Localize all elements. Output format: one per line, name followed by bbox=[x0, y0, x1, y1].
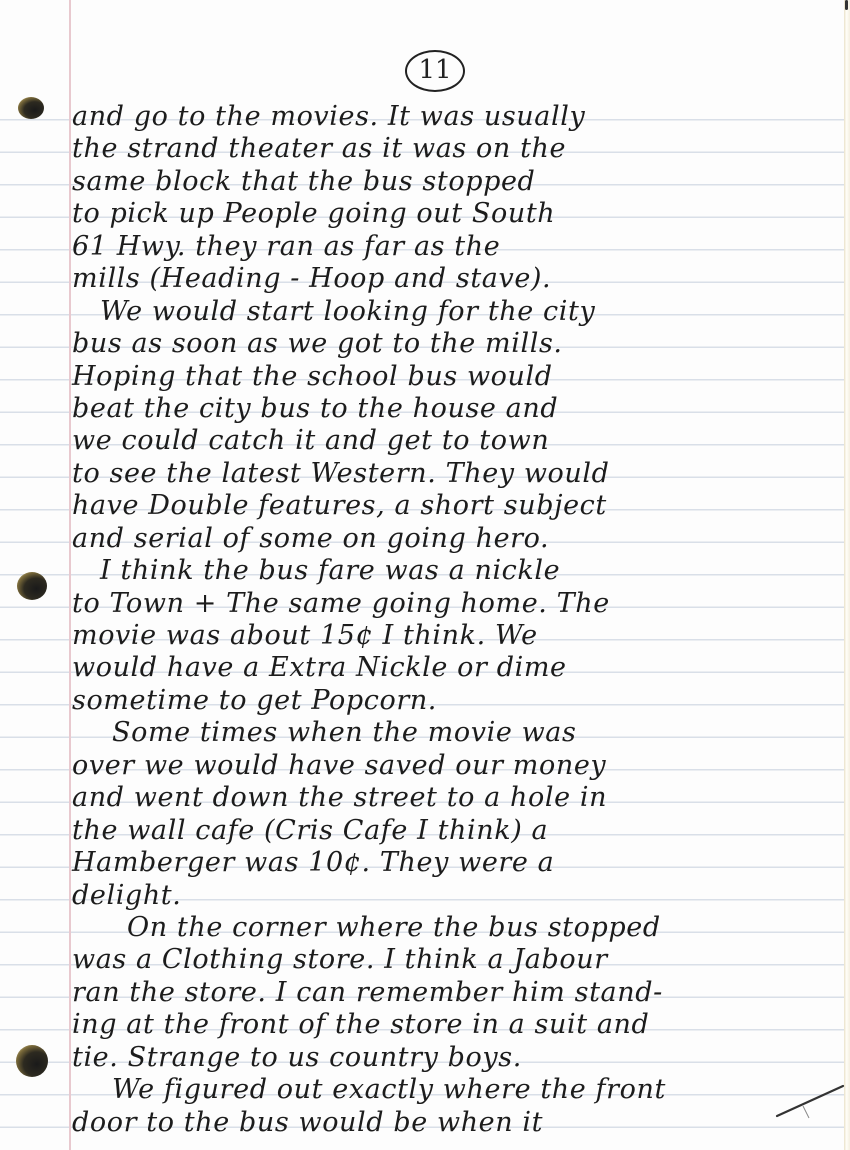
pen-stroke-mark bbox=[775, 1082, 845, 1122]
text-line: On the corner where the bus stopped bbox=[72, 912, 832, 944]
handwritten-text: and go to the movies. It was usually the… bbox=[72, 101, 832, 1139]
text-line: and serial of some on going hero. bbox=[72, 523, 832, 555]
text-line: movie was about 15¢ I think. We bbox=[72, 620, 832, 652]
text-line: we could catch it and get to town bbox=[72, 425, 832, 457]
text-line: bus as soon as we got to the mills. bbox=[72, 328, 832, 360]
text-line: have Double features, a short subject bbox=[72, 490, 832, 522]
text-line: Some times when the movie was bbox=[72, 717, 832, 749]
page-edge bbox=[844, 0, 850, 1150]
text-line: Hoping that the school bus would bbox=[72, 361, 832, 393]
text-line: to see the latest Western. They would bbox=[72, 458, 832, 490]
text-line: the strand theater as it was on the bbox=[72, 133, 832, 165]
text-line: same block that the bus stopped bbox=[72, 166, 832, 198]
text-line: to Town + The same going home. The bbox=[72, 588, 832, 620]
text-line: over we would have saved our money bbox=[72, 750, 832, 782]
text-line: and went down the street to a hole in bbox=[72, 782, 832, 814]
text-line: sometime to get Popcorn. bbox=[72, 685, 832, 717]
text-line: I think the bus fare was a nickle bbox=[72, 555, 832, 587]
text-line: mills (Heading - Hoop and stave). bbox=[72, 263, 832, 295]
page-number: 11 bbox=[405, 50, 465, 92]
text-line: door to the bus would be when it bbox=[72, 1107, 832, 1139]
text-line: ran the store. I can remember him stand- bbox=[72, 977, 832, 1009]
text-line: delight. bbox=[72, 880, 832, 912]
text-line: would have a Extra Nickle or dime bbox=[72, 652, 832, 684]
text-line: tie. Strange to us country boys. bbox=[72, 1042, 832, 1074]
edge-mark bbox=[845, 0, 848, 10]
text-line: was a Clothing store. I think a Jabour bbox=[72, 944, 832, 976]
notebook-page: 11 and go to the movies. It was usually … bbox=[0, 0, 850, 1150]
text-line: and go to the movies. It was usually bbox=[72, 101, 832, 133]
text-line: the wall cafe (Cris Cafe I think) a bbox=[72, 815, 832, 847]
text-line: We would start looking for the city bbox=[72, 296, 832, 328]
text-line: beat the city bus to the house and bbox=[72, 393, 832, 425]
text-line: Hamberger was 10¢. They were a bbox=[72, 847, 832, 879]
text-line: We figured out exactly where the front bbox=[72, 1074, 832, 1106]
binder-hole-icon bbox=[16, 1045, 48, 1077]
margin-line bbox=[69, 0, 71, 1150]
text-line: to pick up People going out South bbox=[72, 198, 832, 230]
binder-hole-icon bbox=[18, 97, 44, 119]
text-line: 61 Hwy. they ran as far as the bbox=[72, 231, 832, 263]
binder-hole-icon bbox=[17, 572, 47, 600]
text-line: ing at the front of the store in a suit … bbox=[72, 1009, 832, 1041]
